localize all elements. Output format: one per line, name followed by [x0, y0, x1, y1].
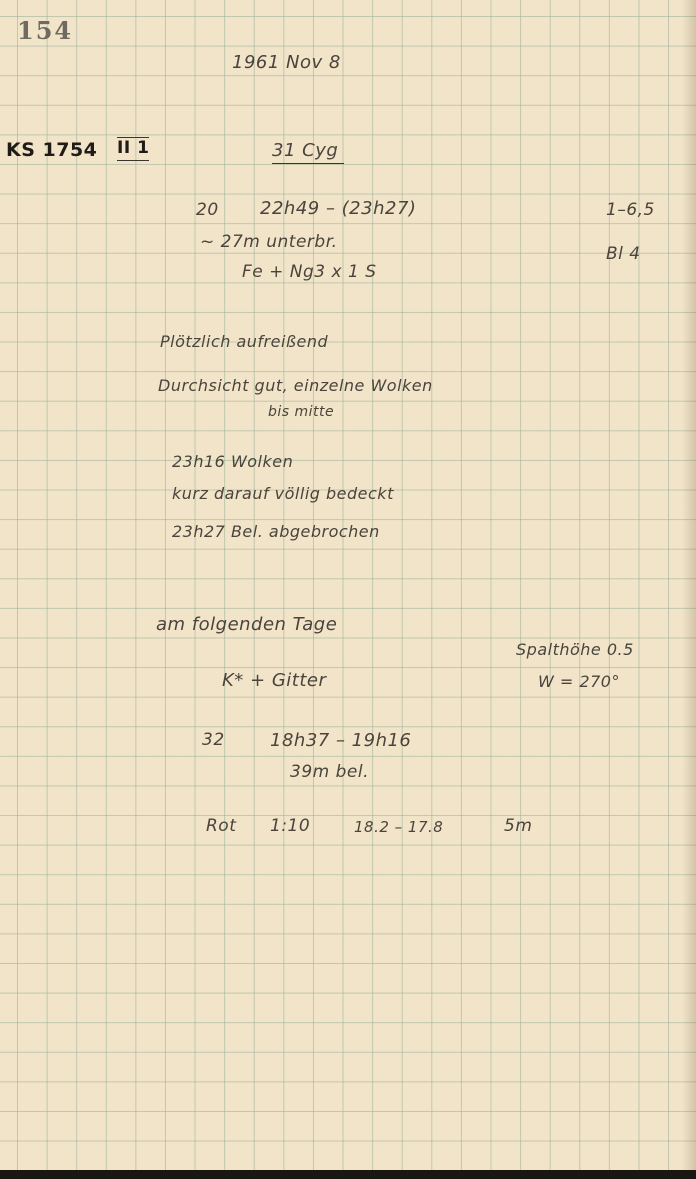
object-name: 31 Cyg	[272, 140, 344, 164]
page-number: 154	[17, 16, 73, 45]
plate-ref: II 1	[117, 137, 149, 161]
notebook-page: 154 1961 Nov 8 KS 1754 II 1 31 Cyg 20 22…	[0, 0, 696, 1170]
page-bottom-edge	[0, 1170, 696, 1179]
entry2-duration: 39m bel.	[290, 762, 369, 782]
entry2-angle: W = 270°	[538, 672, 620, 691]
entry1-time: 22h49 – (23h27)	[260, 198, 416, 219]
entry1-duration: ~ 27m unterbr.	[200, 232, 338, 252]
entry1-setup: Fe + Ng3 x 1 S	[242, 262, 377, 282]
note-line-6: 23h27 Bel. abgebrochen	[172, 522, 380, 541]
note-line-2: Durchsicht gut, einzelne Wolken	[158, 376, 433, 395]
entry1-side-bl: Bl 4	[606, 244, 641, 264]
entry1-number: 20	[196, 200, 219, 220]
entry2-number: 32	[202, 730, 225, 750]
entry2-exposure: 5m	[504, 816, 532, 836]
entry2-filter: Rot	[206, 816, 236, 836]
entry2-slit-height: Spalthöhe 0.5	[516, 640, 634, 659]
entry2-ratio: 1:10	[270, 816, 310, 836]
note-line-1: Plötzlich aufreißend	[160, 332, 328, 351]
note-line-3: bis mitte	[268, 404, 334, 420]
entry2-subheading: K* + Gitter	[222, 670, 326, 691]
entry2-time: 18h37 – 19h16	[270, 730, 411, 751]
note-line-4: 23h16 Wolken	[172, 452, 293, 471]
entry1-side-range: 1–6,5	[606, 200, 655, 220]
date: 1961 Nov 8	[232, 52, 341, 73]
note-line-5: kurz darauf völlig bedeckt	[172, 484, 394, 503]
entry2-range: 18.2 – 17.8	[354, 818, 443, 836]
catalog-id: KS 1754	[6, 139, 97, 161]
entry2-heading: am folgenden Tage	[156, 614, 337, 635]
